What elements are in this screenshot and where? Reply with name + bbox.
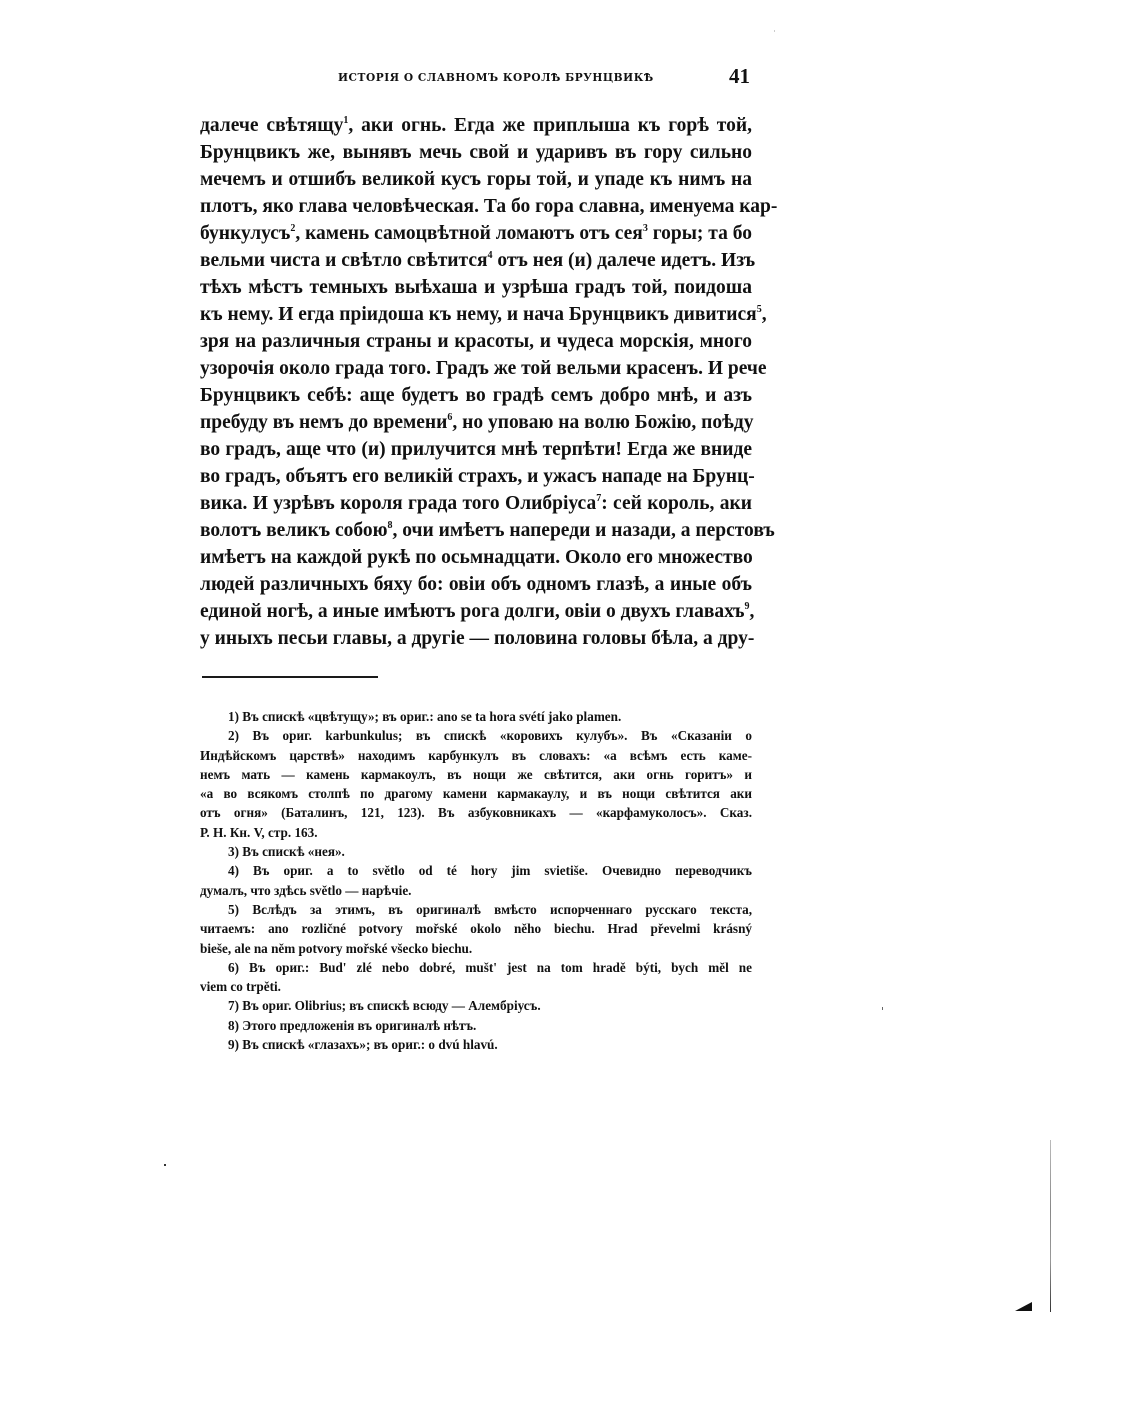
footnotes: 1) Въ спискѣ «цвѣтущу»; въ ориг.: ano se… [200, 707, 752, 1054]
body-line: во градъ, объятъ его великій страхъ, и у… [200, 463, 752, 490]
body-line: Брунцвикъ себѣ: аще будетъ во градѣ семъ… [200, 382, 752, 409]
line-text: вельми чиста и свѣтло свѣтится [200, 250, 488, 271]
footnote-separator-rule [202, 676, 378, 678]
body-line: бункулусъ2, камень самоцвѣтной ломаютъ о… [200, 220, 752, 247]
line-text: , но уповаю на волю Божію, поѣду [452, 412, 753, 433]
line-text: имѣетъ на каждой рукѣ по осьмнадцати. Ок… [200, 547, 753, 568]
footnote-line: 5) Вслѣдъ за этимъ, въ оригиналѣ вмѣсто … [200, 900, 752, 919]
body-line: узорочія около града того. Градъ же той … [200, 355, 752, 382]
scan-margin-line [1050, 1140, 1051, 1312]
line-text: людей различныхъ бяху бо: овіи объ одном… [200, 574, 752, 595]
scan-speck [882, 1007, 883, 1010]
line-text: Брунцвикъ себѣ: аще будетъ во градѣ семъ… [200, 385, 752, 406]
body-line: людей различныхъ бяху бо: овіи объ одном… [200, 571, 752, 598]
line-text: пребуду въ немъ до времени [200, 412, 447, 433]
footnote-line: 2) Въ ориг. karbunkulus; въ спискѣ «коро… [200, 726, 752, 745]
line-text: мечемъ и отшибъ великой кусъ горы той, и… [200, 169, 752, 190]
footnote-line: думалъ, что здѣсь světlo — нарѣчіе. [200, 881, 752, 900]
footnote-line: отъ огня» (Баталинъ, 121, 123). Въ азбук… [200, 803, 752, 822]
footnote-line: 1) Въ спискѣ «цвѣтущу»; въ ориг.: ano se… [200, 707, 752, 726]
line-text: зря на различныя страны и красоты, и чуд… [200, 331, 752, 352]
body-line: плотъ, яко глава человѣческая. Та бо гор… [200, 193, 752, 220]
line-text: единой ногѣ, а иные имѣютъ рога долги, о… [200, 601, 745, 622]
body-line: вика. И узрѣвъ короля града того Олибріу… [200, 490, 752, 517]
line-text: во градъ, объятъ его великій страхъ, и у… [200, 466, 755, 487]
footnote-line: bieše, ale na něm potvory mořské všecko … [200, 939, 752, 958]
footnote-line: немъ мать — камень кармакоулъ, въ нощи ж… [200, 765, 752, 784]
scan-speck [164, 1164, 166, 1166]
line-text: , очи имѣетъ напереди и назади, а персто… [393, 520, 775, 541]
line-text: узорочія около града того. Градъ же той … [200, 358, 767, 379]
line-text: во градъ, аще что (и) прилучится мнѣ тер… [200, 439, 752, 460]
body-line: зря на различныя страны и красоты, и чуд… [200, 328, 752, 355]
footnote-line: Индѣйскомъ царствѣ» находимъ карбункулъ … [200, 746, 752, 765]
body-line: тѣхъ мѣстъ темныхъ выѣхаша и узрѣша град… [200, 274, 752, 301]
line-text: , камень самоцвѣтной ломаютъ отъ сея [295, 223, 643, 244]
line-text: горы; та бо [648, 223, 752, 244]
body-line: мечемъ и отшибъ великой кусъ горы той, и… [200, 166, 752, 193]
body-line: у иныхъ песьи главы, а другіе — половина… [200, 625, 752, 652]
line-text: къ нему. И егда пріидоша къ нему, и нача… [200, 304, 757, 325]
footnote-line: 9) Въ спискѣ «глазахъ»; въ ориг.: o dvú … [200, 1035, 752, 1054]
body-line: далече свѣтящу1, аки огнь. Егда же припл… [200, 112, 752, 139]
body-line: къ нему. И егда пріидоша къ нему, и нача… [200, 301, 752, 328]
page-number: 41 [729, 64, 750, 89]
line-text: : сей король, аки [601, 493, 752, 514]
line-text: волотъ великъ собою [200, 520, 388, 541]
running-title: ИСТОРІЯ О СЛАВНОМЪ КОРОЛѢ БРУНЦВИКѢ [338, 70, 654, 84]
body-line: единой ногѣ, а иные имѣютъ рога долги, о… [200, 598, 752, 625]
book-page: ИСТОРІЯ О СЛАВНОМЪ КОРОЛѢ БРУНЦВИКѢ 41 д… [0, 0, 1140, 1420]
line-text: , [762, 304, 767, 325]
footnote-line: viem co trpěti. [200, 977, 752, 996]
footnote-line: 7) Въ ориг. Olibrius; въ спискѣ всюду — … [200, 996, 752, 1015]
line-text: плотъ, яко глава человѣческая. Та бо гор… [200, 196, 777, 217]
footnote-line: 6) Въ ориг.: Bud' zlé nebo dobré, mušt' … [200, 958, 752, 977]
running-head: ИСТОРІЯ О СЛАВНОМЪ КОРОЛѢ БРУНЦВИКѢ 41 [338, 66, 758, 90]
body-line: волотъ великъ собою8, очи имѣетъ наперед… [200, 517, 752, 544]
footnote-line: 3) Въ спискѣ «нея». [200, 842, 752, 861]
body-line: имѣетъ на каждой рукѣ по осьмнадцати. Ок… [200, 544, 752, 571]
line-text: отъ нея (и) далече идетъ. Изъ [493, 250, 756, 271]
footnote-line: 4) Въ ориг. a to světlo od té hory jim s… [200, 861, 752, 880]
scan-margin-mark-icon [1015, 1302, 1032, 1311]
body-line: Брунцвикъ же, вынявъ мечь свой и ударивъ… [200, 139, 752, 166]
footnote-line: Р. Н. Кн. V, стр. 163. [200, 823, 752, 842]
line-text: бункулусъ [200, 223, 290, 244]
line-text: , [750, 601, 755, 622]
line-text: далече свѣтящу [200, 115, 343, 136]
line-text: у иныхъ песьи главы, а другіе — половина… [200, 628, 754, 649]
line-text: Брунцвикъ же, вынявъ мечь свой и ударивъ… [200, 142, 752, 163]
footnote-line: 8) Этого предложенія въ оригиналѣ нѣтъ. [200, 1016, 752, 1035]
footnote-line: читаемъ: ano rozličné potvory mořské oko… [200, 919, 752, 938]
body-line: во градъ, аще что (и) прилучится мнѣ тер… [200, 436, 752, 463]
line-text: вика. И узрѣвъ короля града того Олибріу… [200, 493, 596, 514]
line-text: , аки огнь. Егда же приплыша къ горѣ той… [348, 115, 752, 136]
line-text: тѣхъ мѣстъ темныхъ выѣхаша и узрѣша град… [200, 277, 752, 298]
body-line: пребуду въ немъ до времени6, но уповаю н… [200, 409, 752, 436]
body-line: вельми чиста и свѣтло свѣтится4 отъ нея … [200, 247, 752, 274]
body-text: далече свѣтящу1, аки огнь. Егда же припл… [200, 112, 752, 652]
scan-speck [774, 30, 775, 32]
footnote-line: «а во всякомъ столпѣ по драгому камени к… [200, 784, 752, 803]
